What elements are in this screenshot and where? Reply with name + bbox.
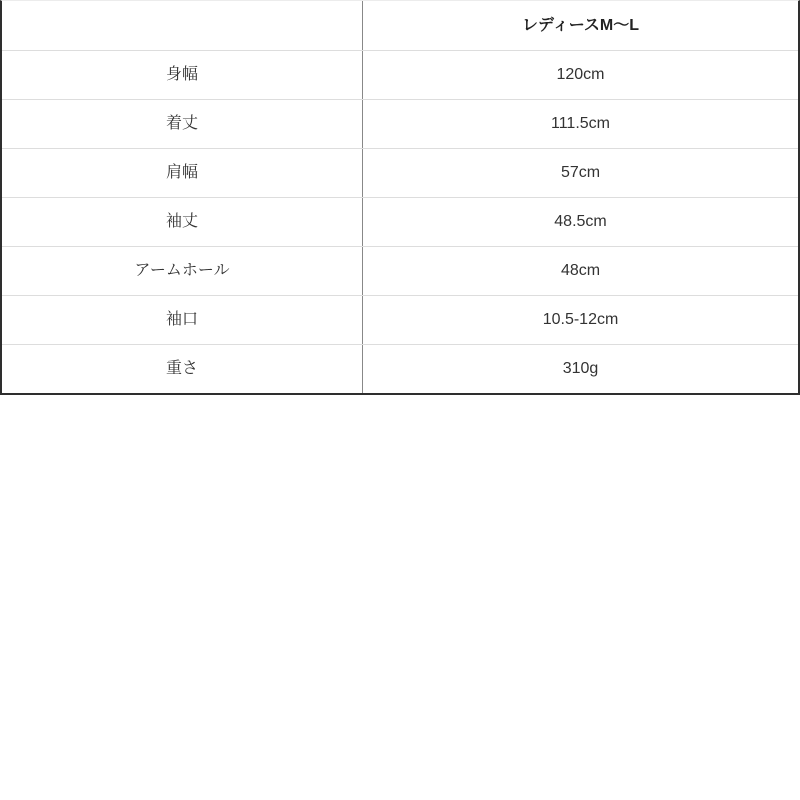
row-label: 肩幅 [2, 149, 363, 197]
header-size-column-cell: レディースM〜L [363, 1, 798, 50]
row-label: 重さ [2, 345, 363, 393]
header-corner-cell [2, 1, 363, 50]
row-value: 48.5cm [363, 198, 798, 246]
table-row-weight: 重さ 310g [2, 344, 798, 393]
row-value: 48cm [363, 247, 798, 295]
table-row-length: 着丈 111.5cm [2, 99, 798, 148]
row-label: 袖丈 [2, 198, 363, 246]
empty-whitespace-area [0, 395, 800, 800]
row-value: 57cm [363, 149, 798, 197]
row-label: 袖口 [2, 296, 363, 344]
row-label: 身幅 [2, 51, 363, 99]
row-value: 10.5-12cm [363, 296, 798, 344]
table-header-row: レディースM〜L [2, 1, 798, 50]
table-row-shoulder-width: 肩幅 57cm [2, 148, 798, 197]
row-label: 着丈 [2, 100, 363, 148]
row-label: アームホール [2, 247, 363, 295]
row-value: 120cm [363, 51, 798, 99]
table-row-sleeve-length: 袖丈 48.5cm [2, 197, 798, 246]
table-row-cuff: 袖口 10.5-12cm [2, 295, 798, 344]
size-spec-table: レディースM〜L 身幅 120cm 着丈 111.5cm 肩幅 57cm 袖丈 … [0, 0, 800, 395]
table-row-armhole: アームホール 48cm [2, 246, 798, 295]
row-value: 111.5cm [363, 100, 798, 148]
table-row-body-width: 身幅 120cm [2, 50, 798, 99]
row-value: 310g [363, 345, 798, 393]
